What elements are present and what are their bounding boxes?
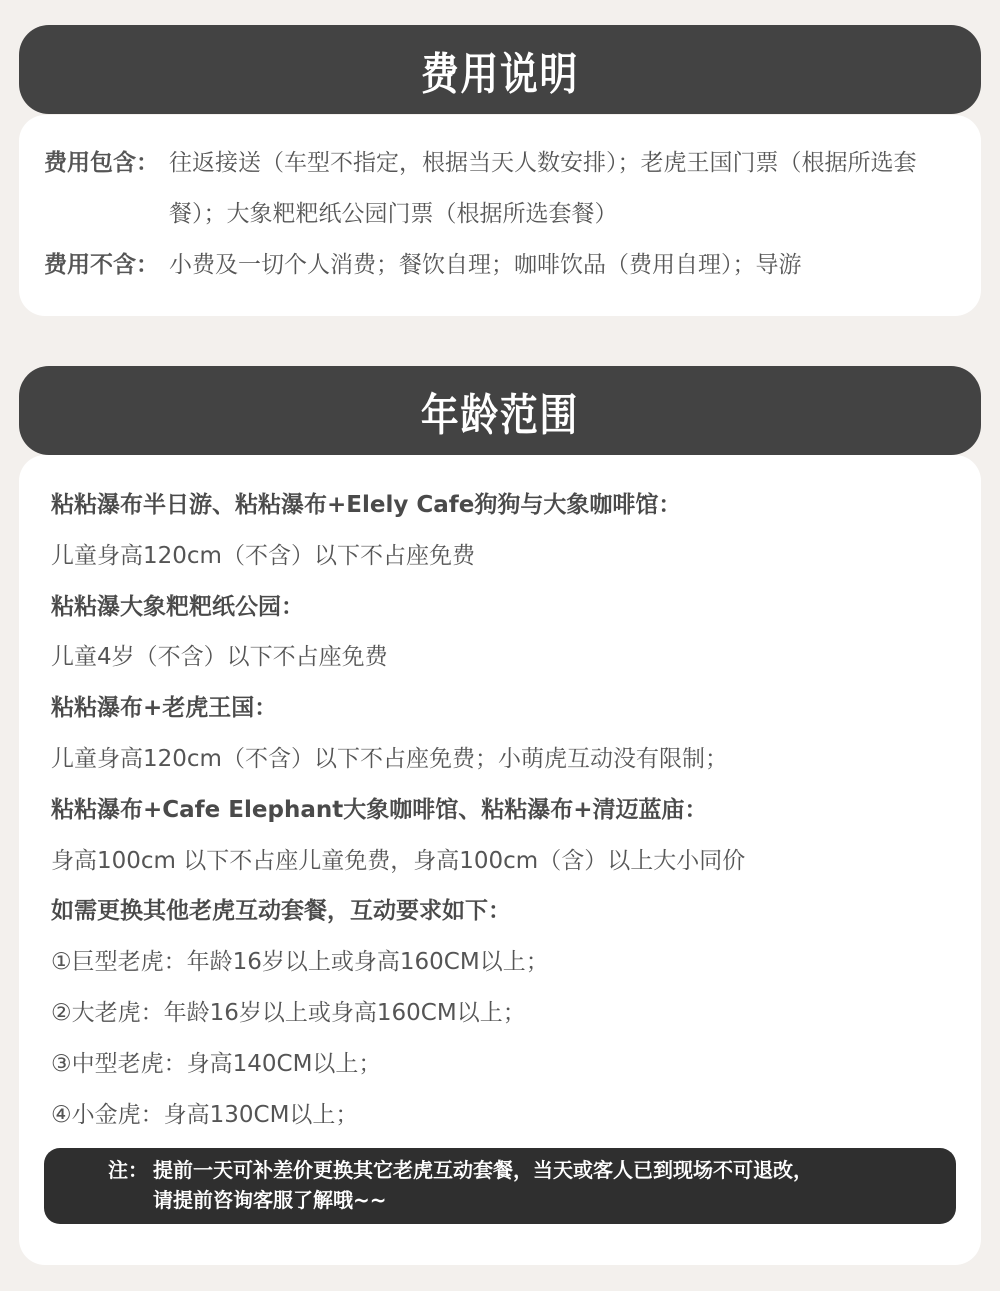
- age-section-title: 年龄范围: [421, 379, 579, 443]
- note-indent: [108, 1185, 153, 1215]
- note-line-2: 请提前咨询客服了解哦~~: [153, 1185, 387, 1215]
- age-rule: 儿童身高120cm（不含）以下不占座免费: [51, 531, 961, 582]
- age-section-header: 年龄范围: [19, 366, 981, 455]
- note-line-1: 提前一天可补差价更换其它老虎互动套餐，当天或客人已到现场不可退改，: [153, 1155, 813, 1185]
- fee-included-label: 费用包含：: [44, 138, 169, 240]
- fee-section-header: 费用说明: [19, 25, 981, 114]
- fee-excluded-row: 费用不含： 小费及一切个人消费；餐饮自理；咖啡饮品（费用自理）；导游: [44, 240, 961, 291]
- fee-excluded-label: 费用不含：: [44, 240, 169, 291]
- age-rules-list: 粘粘瀑布半日游、粘粘瀑布+Elely Cafe狗狗与大象咖啡馆： 儿童身高120…: [51, 480, 961, 1140]
- package-heading: 粘粘瀑布半日游、粘粘瀑布+Elely Cafe狗狗与大象咖啡馆：: [51, 480, 961, 531]
- package-heading: 粘粘瀑布+Cafe Elephant大象咖啡馆、粘粘瀑布+清迈蓝庙：: [51, 785, 961, 836]
- fee-section-title: 费用说明: [421, 38, 579, 102]
- tiger-requirement: ②大老虎：年龄16岁以上或身高160CM以上；: [51, 988, 961, 1039]
- fee-included-text: 往返接送（车型不指定，根据当天人数安排）；老虎王国门票（根据所选套餐）；大象粑粑…: [169, 138, 961, 240]
- fee-excluded-text: 小费及一切个人消费；餐饮自理；咖啡饮品（费用自理）；导游: [169, 240, 961, 291]
- note-label: 注：: [108, 1155, 153, 1185]
- age-rule: 身高100cm 以下不占座儿童免费，身高100cm（含）以上大小同价: [51, 836, 961, 887]
- tiger-requirement: ①巨型老虎：年龄16岁以上或身高160CM以上；: [51, 937, 961, 988]
- age-rule: 儿童身高120cm（不含）以下不占座免费；小萌虎互动没有限制；: [51, 734, 961, 785]
- tiger-interaction-heading: 如需更换其他老虎互动套餐，互动要求如下：: [51, 886, 961, 937]
- package-heading: 粘粘瀑布+老虎王国：: [51, 683, 961, 734]
- tiger-requirement: ③中型老虎：身高140CM以上；: [51, 1039, 961, 1090]
- fee-section-card: 费用包含： 往返接送（车型不指定，根据当天人数安排）；老虎王国门票（根据所选套餐…: [19, 115, 981, 316]
- fee-included-row: 费用包含： 往返接送（车型不指定，根据当天人数安排）；老虎王国门票（根据所选套餐…: [44, 138, 961, 240]
- age-rule: 儿童4岁（不含）以下不占座免费: [51, 632, 961, 683]
- package-heading: 粘粘瀑大象粑粑纸公园：: [51, 582, 961, 633]
- age-section-card: 粘粘瀑布半日游、粘粘瀑布+Elely Cafe狗狗与大象咖啡馆： 儿童身高120…: [19, 455, 981, 1265]
- tiger-requirement: ④小金虎：身高130CM以上；: [51, 1090, 961, 1141]
- note-box: 注： 提前一天可补差价更换其它老虎互动套餐，当天或客人已到现场不可退改， 请提前…: [44, 1148, 956, 1224]
